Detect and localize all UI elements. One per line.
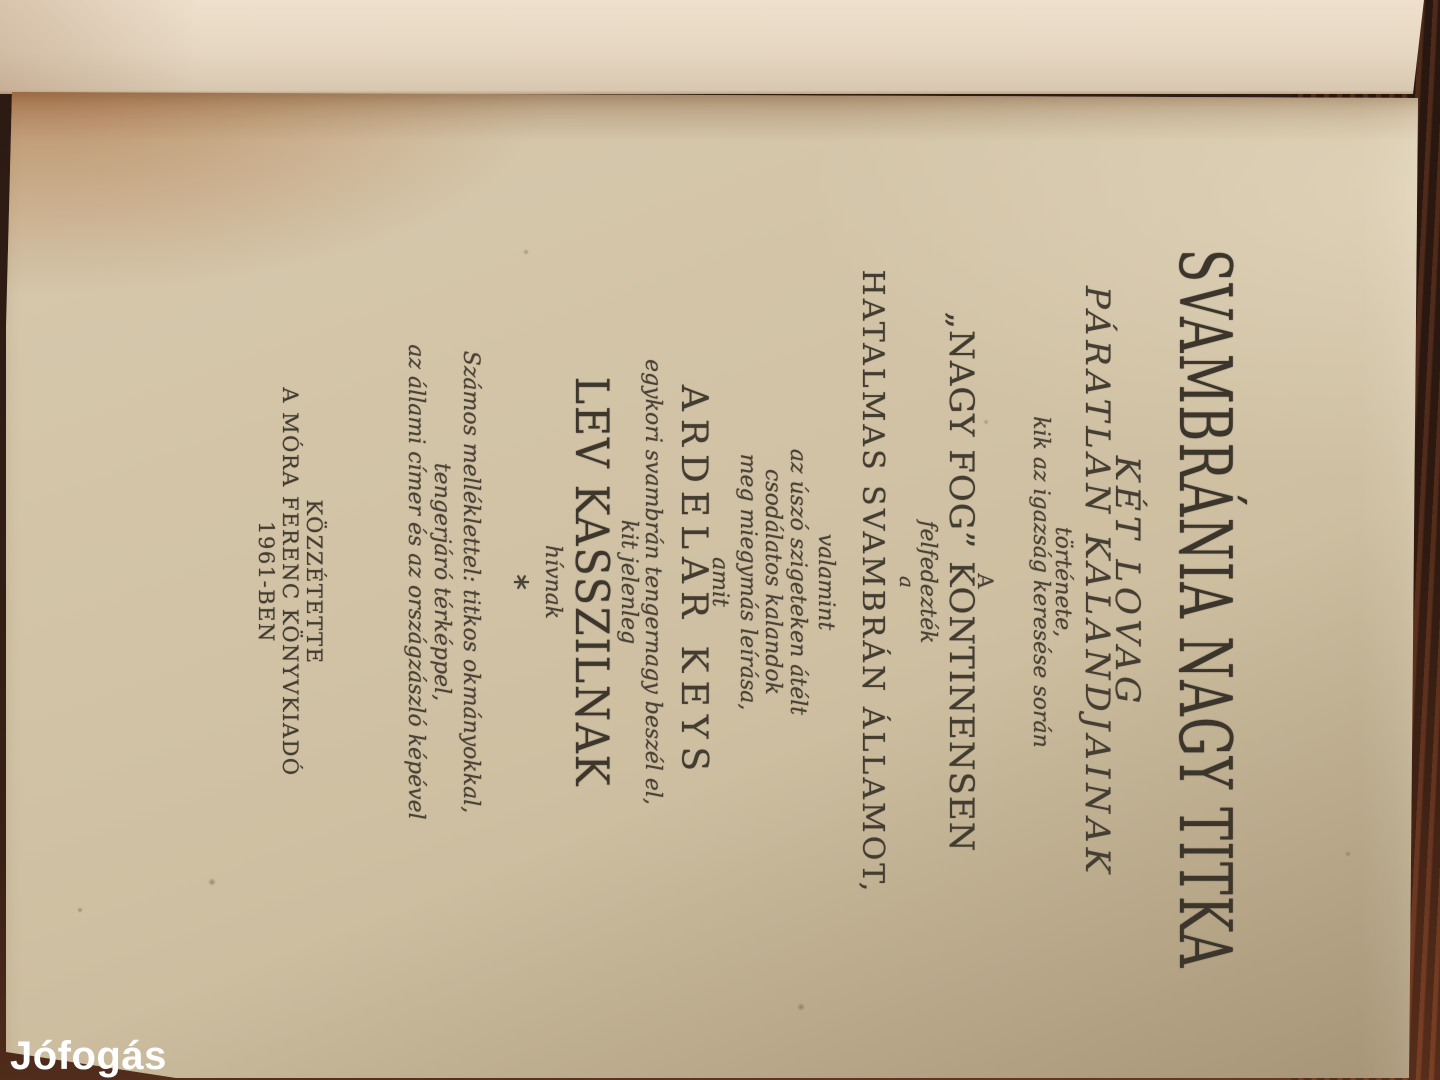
book-photo: SVAMBRÁNIA NAGY TITKA KÉT LOVAG PÁRATLAN… <box>0 0 1440 1080</box>
author-note: hívnak <box>541 92 563 1072</box>
narrator-note-2: kit jelenleg <box>617 92 639 1072</box>
facing-page-edge <box>0 0 1430 94</box>
narrator-name: ARDELAR KEYS <box>675 92 711 1072</box>
continent-line: „NAGY FOG” KONTINENSEN <box>944 92 978 1072</box>
appendix-note-1: Számos melléklettel: titkos okmányokkal, <box>459 92 481 1072</box>
description-line-1: valamint <box>814 92 836 1072</box>
subtitle-note-1: története, <box>1051 92 1073 1072</box>
title-page: SVAMBRÁNIA NAGY TITKA KÉT LOVAG PÁRATLAN… <box>6 92 1430 1078</box>
book-title: SVAMBRÁNIA NAGY TITKA <box>1169 249 1241 915</box>
note-felfedeztek: felfedezték <box>916 92 938 1072</box>
author-name: LEV KASSZILNAK <box>569 141 615 1023</box>
watermark-jofogas: Jófogás <box>10 1034 167 1079</box>
appendix-note-3: az állami címer és az országzászló képév… <box>404 92 426 1072</box>
description-line-4: meg miegymás leírása, <box>736 92 758 1072</box>
publisher-line-1: KÖZZÉTETTE <box>303 92 324 1072</box>
narrator-note-1: egykori svambrán tengernagy beszél el, <box>641 92 663 1072</box>
separator-asterisk: ∗ <box>510 92 534 1072</box>
description-line-2: az úszó szigeteken átélt <box>786 92 808 1072</box>
description-line-3: csodálatos kalandok <box>761 92 783 1072</box>
article-a-2: a <box>897 92 917 1072</box>
subtitle-note-2: kik az igazság keresése során <box>1029 92 1051 1072</box>
publisher-year: 1961-BEN <box>255 92 276 1072</box>
title-page-content: SVAMBRÁNIA NAGY TITKA KÉT LOVAG PÁRATLAN… <box>10 92 1420 1072</box>
publisher-line-2: A MÓRA FERENC KÖNYVKIADÓ <box>279 92 300 1072</box>
subtitle-line-2: PÁRATLAN KALANDJAINAK <box>1080 92 1114 1072</box>
state-line: HATALMAS SVAMBRÁN ÁLLAMOT, <box>857 92 887 1072</box>
appendix-note-2: tengerjáró térképpel, <box>430 92 452 1072</box>
